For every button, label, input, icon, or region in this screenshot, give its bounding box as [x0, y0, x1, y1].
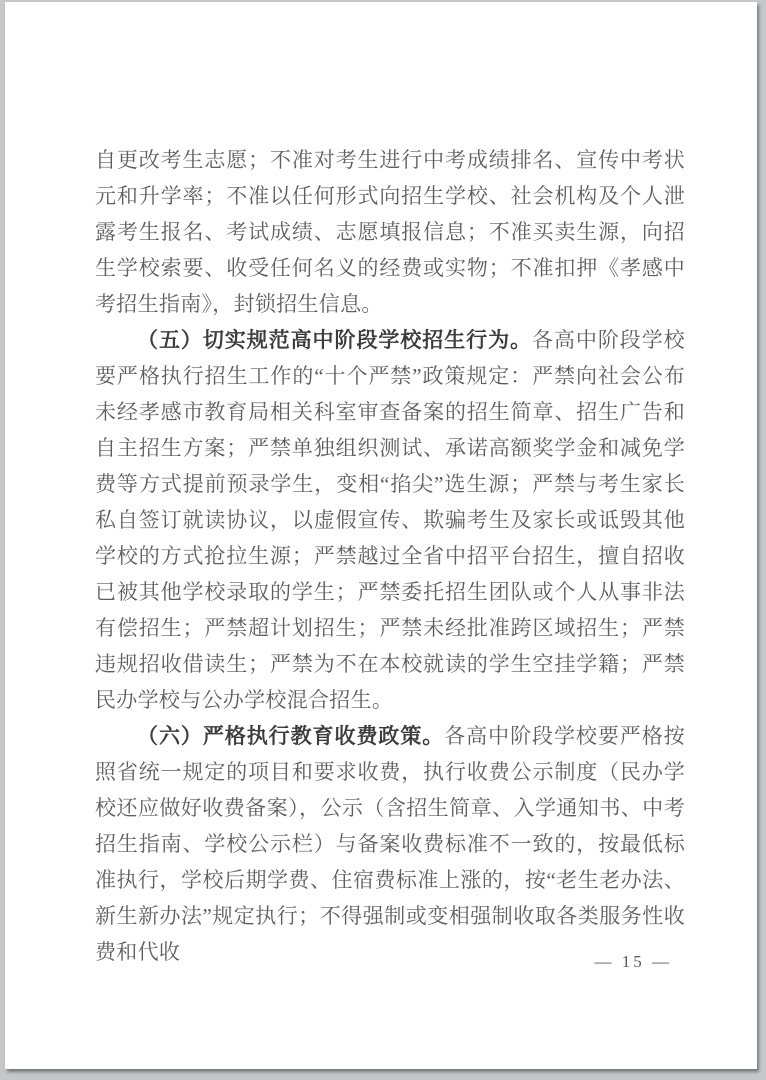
section-5-heading: （五）切实规范高中阶段学校招生行为。	[137, 328, 532, 352]
scanned-document-page: 自更改考生志愿；不准对考生进行中考成绩排名、宣传中考状元和升学率；不准以任何形式…	[5, 2, 757, 1069]
paragraph-section-5: （五）切实规范高中阶段学校招生行为。各高中阶段学校要严格执行招生工作的“十个严禁…	[95, 322, 685, 718]
section-6-heading: （六）严格执行教育收费政策。	[137, 724, 444, 748]
paragraph-section-6: （六）严格执行教育收费政策。各高中阶段学校要严格按照省统一规定的项目和要求收费，…	[95, 718, 685, 970]
paragraph-continuation: 自更改考生志愿；不准对考生进行中考成绩排名、宣传中考状元和升学率；不准以任何形式…	[95, 142, 685, 322]
page-number: — 15 —	[595, 950, 673, 974]
paragraph-continuation-text: 自更改考生志愿；不准对考生进行中考成绩排名、宣传中考状元和升学率；不准以任何形式…	[95, 148, 685, 316]
section-5-text: 各高中阶段学校要严格执行招生工作的“十个严禁”政策规定：严禁向社会公布未经孝感市…	[95, 328, 685, 712]
document-body: 自更改考生志愿；不准对考生进行中考成绩排名、宣传中考状元和升学率；不准以任何形式…	[95, 142, 685, 970]
section-6-text: 各高中阶段学校要严格按照省统一规定的项目和要求收费，执行收费公示制度（民办学校还…	[95, 724, 685, 964]
